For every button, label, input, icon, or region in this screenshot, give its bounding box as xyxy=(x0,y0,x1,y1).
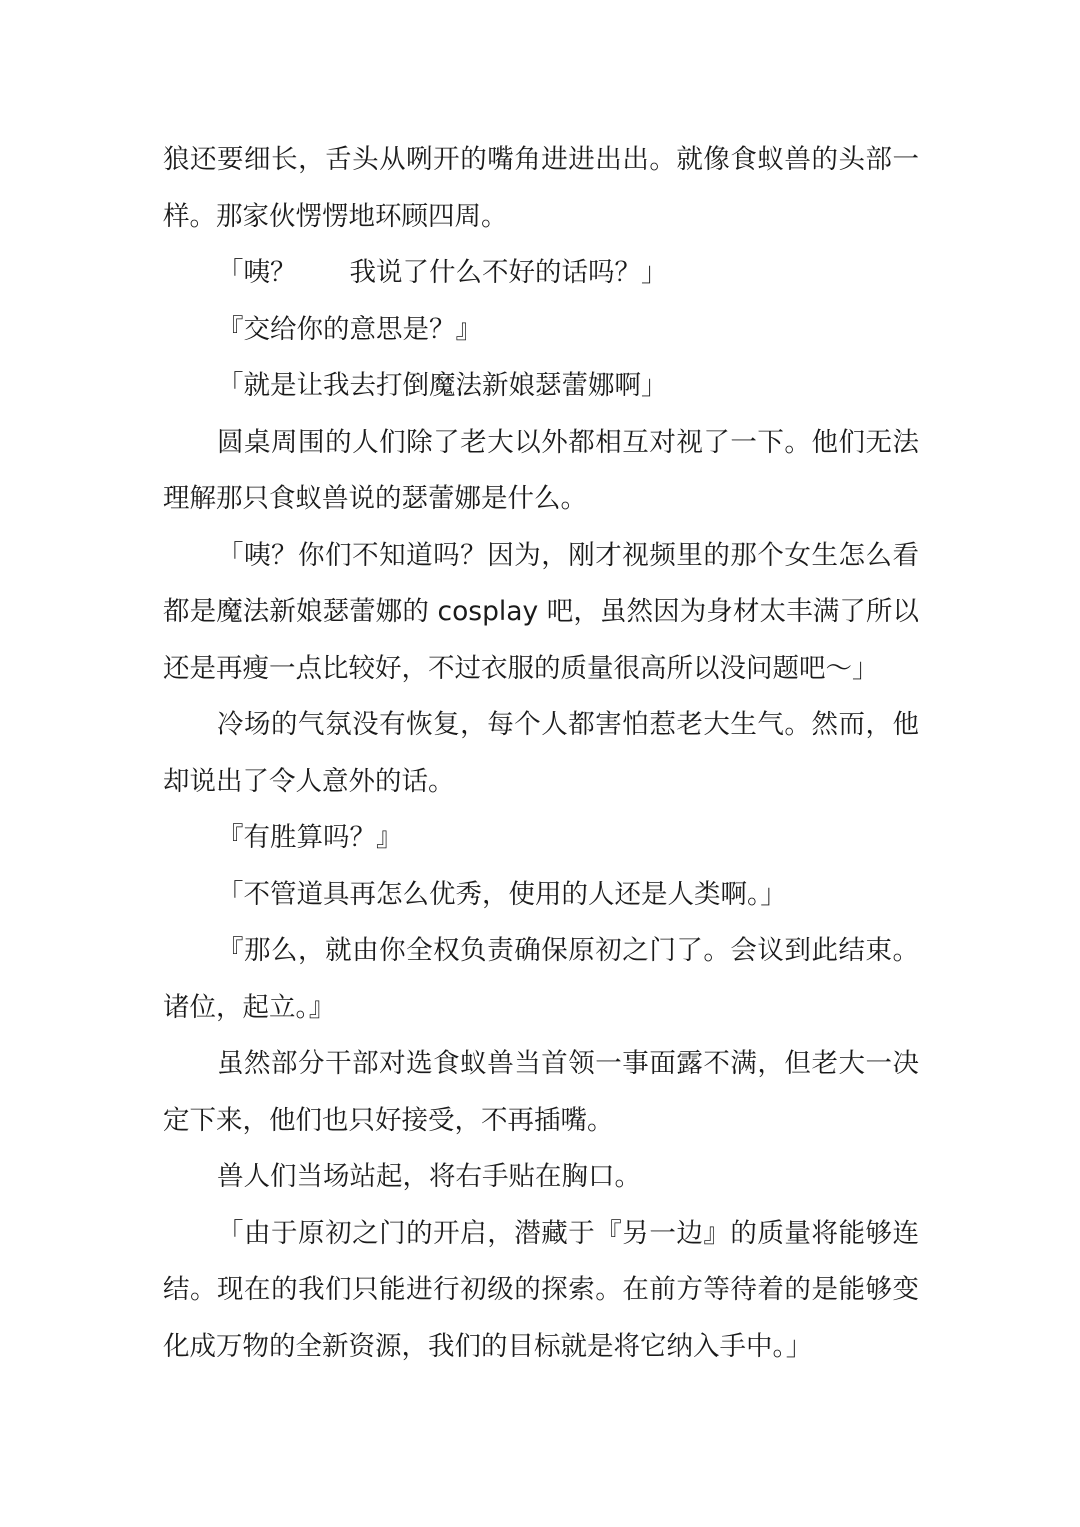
dialogue-line: 「就是让我去打倒魔法新娘瑟蕾娜啊」 xyxy=(163,358,919,415)
dialogue-line: 「不管道具再怎么优秀，使用的人还是人类啊。」 xyxy=(163,867,919,924)
dialogue-line: 「咦？ 我说了什么不好的话吗？」 xyxy=(163,245,919,302)
dialogue-line: 『有胜算吗？』 xyxy=(163,810,919,867)
dialogue-line: 「咦？你们不知道吗？因为，刚才视频里的那个女生怎么看都是魔法新娘瑟蕾娜的 cos… xyxy=(163,528,919,698)
paragraph: 圆桌周围的人们除了老大以外都相互对视了一下。他们无法理解那只食蚁兽说的瑟蕾娜是什… xyxy=(163,415,919,528)
paragraph: 冷场的气氛没有恢复，每个人都害怕惹老大生气。然而，他却说出了令人意外的话。 xyxy=(163,697,919,810)
dialogue-line: 「由于原初之门的开启，潜藏于『另一边』的质量将能够连结。现在的我们只能进行初级的… xyxy=(163,1206,919,1376)
dialogue-line: 『那么，就由你全权负责确保原初之门了。会议到此结束。诸位，起立。』 xyxy=(163,923,919,1036)
paragraph: 狼还要细长，舌头从咧开的嘴角进进出出。就像食蚁兽的头部一样。那家伙愣愣地环顾四周… xyxy=(163,132,919,245)
dialogue-line: 『交给你的意思是？』 xyxy=(163,302,919,359)
document-page: 狼还要细长，舌头从咧开的嘴角进进出出。就像食蚁兽的头部一样。那家伙愣愣地环顾四周… xyxy=(163,132,919,1375)
paragraph: 兽人们当场站起，将右手贴在胸口。 xyxy=(163,1149,919,1206)
paragraph: 虽然部分干部对选食蚁兽当首领一事面露不满，但老大一决定下来，他们也只好接受，不再… xyxy=(163,1036,919,1149)
